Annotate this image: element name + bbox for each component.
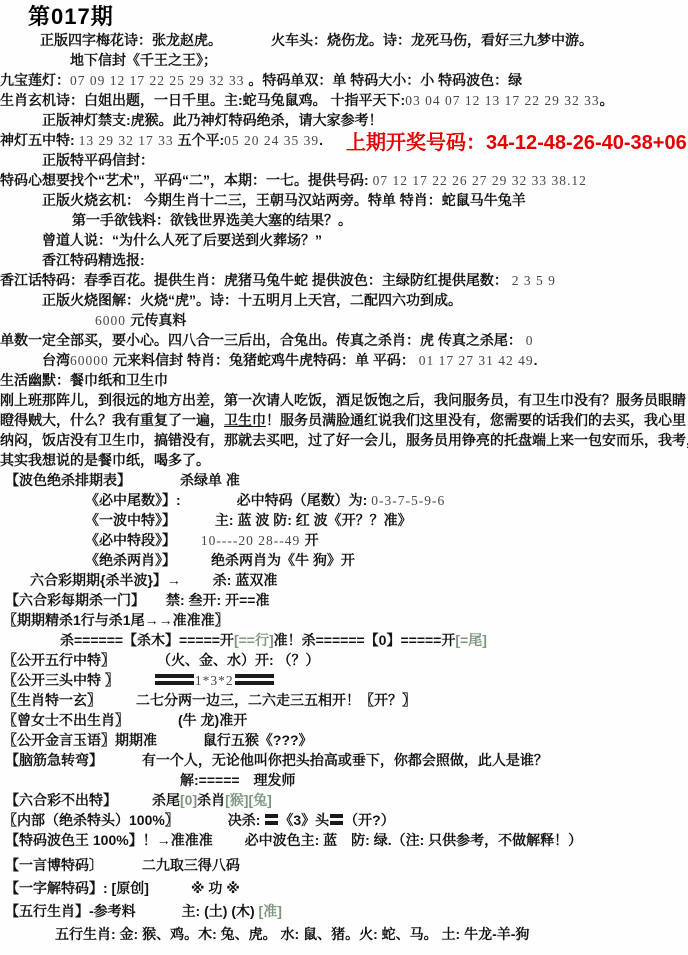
thick-bar-mark [235,674,274,685]
text-segment: 台湾 [42,352,70,368]
text-segment: 特码心想要找个“艺术”，平码“二”，本期：一七。提供号码: [0,172,373,188]
thick-bar-mark [330,814,343,825]
doc-line-11: 曾道人说：“为什么人死了后要送到火葬场？” [0,230,688,250]
text-segment: [准] [259,903,282,919]
text-segment: 准！杀======【0】=====开 [274,632,456,648]
doc-line-29: 【六合彩每期杀一门】 禁: 叁开: 开==准 [0,590,688,610]
text-segment: 07 12 17 22 26 27 29 32 33 38.12 [373,173,587,188]
text-segment: 《3》头 [279,812,329,828]
text-segment: 香江特码精选报: [42,252,145,268]
text-segment: 。 [600,92,614,108]
text-segment: 正版火烧玄机： 今期生肖十二三，王朝马汉站两旁。特单 特肖：蛇鼠马牛兔羊 [42,192,526,208]
doc-line-40: 〖内部（绝杀特头）100%〗 决杀: 《3》头（开?） [0,810,688,830]
text-segment: 香江话特码：春季百花。提供生肖：虎猪马兔牛蛇 提供波色：主绿防红提供尾数： [0,272,512,288]
text-segment: 杀======【杀木】=====开 [60,632,234,648]
text-segment: 2 3 5 9 [512,273,556,288]
thick-bar-mark [155,674,194,685]
text-segment: 《绝杀两肖》】 绝杀两肖为《牛 狗》开 [85,552,355,568]
doc-line-38: 解:===== 理发师 [0,770,688,790]
doc-line-9: 正版火烧玄机： 今期生肖十二三，王朝马汉站两旁。特单 特肖：蛇鼠马牛兔羊 [0,190,688,210]
text-segment: 03 04 07 12 13 17 22 29 32 33 [405,93,599,108]
text-segment: 第一手欲钱料：欲钱世界选美大塞的结果？。 [72,212,352,228]
text-segment: 生活幽默：餐巾纸和卫生巾 [0,372,168,388]
text-segment: 〖生肖特一玄〗 二七分两一边三，二六走三五相开！〖开？〗 [3,692,416,708]
text-segment: 九宝莲灯： [0,72,70,88]
text-segment: 05 20 24 35 39 [224,133,319,148]
doc-line-45: 五行生肖: 金: 猴、鸡。木: 兔、虎。 水: 鼠、猪。火: 蛇、马。 土: 牛… [0,924,688,944]
doc-line-41: 【特码波色王 100%】！→准准准 必中波色主: 蓝 防: 绿.（注: 只供参考… [0,830,688,850]
text-segment: 正版火烧图解：火烧“虎”。诗：十五明月上天宫，二配四六功到成。 [42,292,462,308]
doc-line-39: 【六合彩不出特】 杀尾[0]杀肖[猴][兔] [0,790,688,810]
text-segment: 其实我想说的是餐巾纸，喝多了。 [0,452,210,468]
text-segment: 6000 [95,313,130,328]
doc-line-15: 6000 元传真料 [0,310,688,330]
doc-line-30: 〖期期精杀1行与杀1尾→→准准准〗 [0,610,688,630]
text-segment: . [534,352,538,368]
text-segment: 曾道人说：“为什么人死了后要送到火葬场？” [42,232,322,248]
text-segment: 五个平: [174,132,225,148]
doc-line-43: 【一字解特码】: [原创] ※ 功 ※ [0,878,688,898]
doc-line-37: 【脑筋急转弯】 有一个人，无论他叫你把头抬高或垂下，你都会照做，此人是谁？ [0,750,688,770]
text-segment: 07 09 12 17 22 25 29 32 33 [70,73,245,88]
text-segment: 生肖玄机诗：白姐出题，一日千里。主:蛇马兔鼠鸡。 十指平天下: [0,92,405,108]
doc-line-23: 【波色绝杀排期表】 杀绿单 准 [0,470,688,490]
text-segment: 60000 [70,353,113,368]
text-segment: 《一波中特》】 主: 蓝 波 防: 红 波《开？？准》 [85,512,412,528]
text-segment: 单数一定全部买，要小心。四八合一三后出，合兔出。传真之杀肖：虎 传真之杀尾： [0,332,526,348]
text-segment: 10----20 28--49 [201,533,305,548]
text-segment: 【脑筋急转弯】 有一个人，无论他叫你把头抬高或垂下，你都会照做，此人是谁？ [5,752,548,768]
text-segment: 五行生肖: 金: 猴、鸡。木: 兔、虎。 水: 鼠、猪。火: 蛇、马。 土: 牛… [55,926,529,942]
doc-line-22: 其实我想说的是餐巾纸，喝多了。 [0,450,688,470]
text-segment: [猴][兔] [225,792,272,808]
text-segment: 13 29 32 17 33 [79,133,174,148]
text-segment: 〖公开三头中特 〗 [3,672,154,688]
text-segment: 纳闷，饭店没有卫生巾，搞错没有，那就去买吧，过了好一会儿，服务员用铮亮的托盘端上… [0,432,688,448]
text-segment: 0 [526,333,534,348]
text-segment: 【一字解特码】: [原创] ※ 功 ※ [5,880,240,896]
doc-line-2: 地下信封《千王之王》； [0,50,688,70]
text-segment: 【一言博特码〕 二九取三得八码 [5,857,240,873]
text-segment: 地下信封《千王之王》； [70,52,217,68]
text-segment: 〖公开五行中特〗 （火、金、水）开: （？） [3,652,320,668]
doc-line-31: 杀======【杀木】=====开[==行]准！杀======【0】=====开… [0,630,688,650]
doc-line-4: 生肖玄机诗：白姐出题，一日千里。主:蛇马兔鼠鸡。 十指平天下:03 04 07 … [0,90,688,110]
lottery-tip-sheet: 第017期 正版四字梅花诗：张龙赵虎。 火车头：烧伤龙。诗：龙死马伤，看好三九梦… [0,0,688,955]
doc-line-21: 纳闷，饭店没有卫生巾，搞错没有，那就去买吧，过了好一会儿，服务员用铮亮的托盘端上… [0,430,688,450]
doc-line-27: 《绝杀两肖》】 绝杀两肖为《牛 狗》开 [0,550,688,570]
text-segment: ！服务员满脸通红说我们这里没有，您需要的话我们的去买，我心里 [266,412,686,428]
text-segment: 〖内部（绝杀特头）100%〗 决杀: [3,812,264,828]
doc-line-26: 《必中特段》】 10----20 28--49 开 [0,530,688,550]
doc-line-3: 九宝莲灯：07 09 12 17 22 25 29 32 33 。特码单双：单 … [0,70,688,90]
doc-line-32: 〖公开五行中特〗 （火、金、水）开: （？） [0,650,688,670]
doc-line-28: 六合彩期期{杀半波}】→ 杀: 蓝双准 [0,570,688,590]
text-segment: 正版四字梅花诗：张龙赵虎。 火车头：烧伤龙。诗：龙死马伤，看好三九梦中游。 [40,32,593,48]
doc-line-19: 刚上班那阵儿，到很远的地方出差，第一次请人吃饭，酒足饭饱之后，我问服务员，有卫生… [0,390,688,410]
doc-line-16: 单数一定全部买，要小心。四八合一三后出，合兔出。传真之杀肖：虎 传真之杀尾： 0 [0,330,688,350]
text-segment: 元来料信封 特肖：兔猪蛇鸡牛虎特码：单 平码： [113,352,419,368]
text-segment: 《必中特段》】 [85,532,201,548]
doc-line-25: 《一波中特》】 主: 蓝 波 防: 红 波《开？？准》 [0,510,688,530]
text-segment: 〖期期精杀1行与杀1尾→→准准准〗 [3,612,229,628]
issue-title: 第017期 [0,4,688,30]
text-segment: 刚上班那阵儿，到很远的地方出差，第一次请人吃饭，酒足饭饱之后，我问服务员，有卫生… [0,392,686,408]
document-lines: 正版四字梅花诗：张龙赵虎。 火车头：烧伤龙。诗：龙死马伤，看好三九梦中游。地下信… [0,30,688,944]
text-segment: [=尾] [455,632,487,648]
doc-line-44: 【五行生肖】-参考料 主: (土) (木) [准] [0,901,688,921]
text-segment: 【五行生肖】-参考料 主: (土) (木) [5,903,259,919]
text-segment: 。特码单双：单 特码大小：小 特码波色：绿 [245,72,523,88]
text-segment: 正版神灯禁支:虎猴。此乃神灯特码绝杀，请大家参考！ [42,112,383,128]
text-segment: 杀肖 [197,792,225,808]
text-segment: [==行] [234,632,274,648]
doc-line-10: 第一手欲钱料：欲钱世界选美大塞的结果？。 [0,210,688,230]
text-segment: . [319,132,323,148]
doc-line-13: 香江话特码：春季百花。提供生肖：虎猪马兔牛蛇 提供波色：主绿防红提供尾数： 2 … [0,270,688,290]
text-segment: 【六合彩每期杀一门】 禁: 叁开: 开==准 [5,592,269,608]
doc-line-14: 正版火烧图解：火烧“虎”。诗：十五明月上天宫，二配四六功到成。 [0,290,688,310]
text-segment: 【波色绝杀排期表】 杀绿单 准 [5,472,240,488]
doc-line-33: 〖公开三头中特 〗 1*3*2 [0,670,688,690]
text-segment: 解:===== 理发师 [180,772,296,788]
text-segment: 1*3*2 [195,673,234,688]
doc-line-35: 〖曾女士不出生肖〗 (牛 龙)准开 [0,710,688,730]
doc-line-42: 【一言博特码〕 二九取三得八码 [0,855,688,875]
doc-line-1: 正版四字梅花诗：张龙赵虎。 火车头：烧伤龙。诗：龙死马伤，看好三九梦中游。 [0,30,688,50]
text-segment: 0-3-7-5-9-6 [371,493,445,508]
doc-line-34: 〖生肖特一玄〗 二七分两一边三，二六走三五相开！〖开？〗 [0,690,688,710]
text-segment: [0] [180,792,197,808]
text-segment: （开?） [344,812,395,828]
text-segment: 六合彩期期{杀半波}】→ 杀: 蓝双准 [30,572,277,588]
doc-line-20: 瞪得贼大，什么？我有重复了一遍，卫生巾！服务员满脸通红说我们这里没有，您需要的话… [0,410,688,430]
doc-line-36: 〖公开金言玉语〗期期准 鼠行五猴《???》 [0,730,688,750]
doc-line-17: 台湾60000 元来料信封 特肖：兔猪蛇鸡牛虎特码：单 平码： 01 17 27… [0,350,688,370]
text-segment: 神灯五中特: [0,132,79,148]
doc-line-12: 香江特码精选报: [0,250,688,270]
text-segment: 正版特平码信封： [42,152,154,168]
text-segment: 〖曾女士不出生肖〗 (牛 龙)准开 [3,712,247,728]
doc-line-24: 《必中尾数》】: 必中特码（尾数）为: 0-3-7-5-9-6 [0,490,688,510]
last-draw-numbers: 上期开奖号码：34-12-48-26-40-38+06 [346,126,687,155]
text-segment: 〖公开金言玉语〗期期准 鼠行五猴《???》 [3,732,313,748]
text-segment: 瞪得贼大，什么？我有重复了一遍， [0,412,224,428]
text-segment: 卫生巾 [224,412,266,428]
text-segment: 【特码波色王 100%】！→准准准 必中波色主: 蓝 防: 绿.（注: 只供参考… [5,832,582,848]
doc-line-18: 生活幽默：餐巾纸和卫生巾 [0,370,688,390]
text-segment: 【六合彩不出特】 杀尾 [5,792,180,808]
text-segment: 开 [305,532,319,548]
thick-bar-mark [265,814,278,825]
text-segment: 《必中尾数》】: 必中特码（尾数）为: [85,492,371,508]
text-segment: 01 17 27 31 42 49 [419,353,534,368]
doc-line-8: 特码心想要找个“艺术”，平码“二”，本期：一七。提供号码: 07 12 17 2… [0,170,688,190]
text-segment: 元传真料 [130,312,186,328]
